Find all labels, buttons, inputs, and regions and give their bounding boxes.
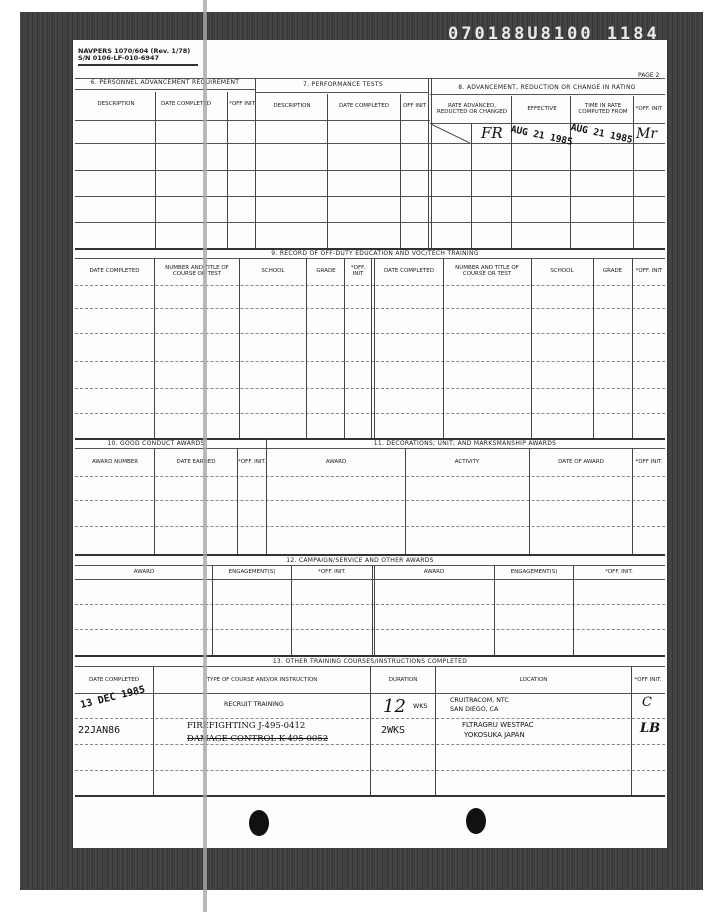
row-line [75,388,665,389]
section-10-title: 10. GOOD CONDUCT AWARDS [76,440,236,447]
row-line [75,333,665,334]
col-line [370,666,371,795]
row-line [75,476,665,477]
col-line [471,124,472,248]
col-line [593,258,594,438]
s12-col-award-2: AWARD [374,566,494,578]
section-divider [75,554,665,556]
firefighting-location-line1: FLTRAGRU WESTPAC [462,721,534,729]
row-line [75,196,665,197]
col-line [153,666,154,795]
row-line [75,604,665,605]
firefighting-date: 22JAN86 [78,725,120,736]
s6-col-init: *OFF INIT [228,92,256,116]
form-identifier: NAVPERS 1070/604 (Rev. 1/78) S/N 0106-LF… [78,48,190,62]
punch-hole [466,808,486,834]
s9-col-init-2: *OFF. INIT [633,260,665,282]
s9-col-init: *OFF. INIT [345,260,371,282]
recruit-training-duration-number: 12 [383,696,406,717]
punch-hole [249,810,269,836]
col-line [529,448,530,554]
col-line [154,448,155,554]
col-line [212,565,213,655]
col-line [632,448,633,554]
s11-col-award: AWARD [268,450,404,474]
s12-col-award: AWARD [76,566,212,578]
col-line [511,96,512,248]
col-line [371,258,372,438]
col-line [405,448,406,554]
section-divider [75,795,665,797]
section-11-title: 11. DECORATIONS; UNIT; AND MARKSMANSHIP … [340,440,590,447]
divider [78,64,198,66]
s9-col-grade-2: GRADE [593,260,632,282]
col-line [494,565,495,655]
col-line [374,565,375,655]
col-line [431,78,432,248]
col-line [155,92,156,248]
s11-col-init: *OFF INIT. [633,450,665,474]
row-line [75,170,665,171]
col-line [531,258,532,438]
col-line [227,92,228,248]
s10-col-date-earned: DATE EARNED [155,450,237,474]
divider [256,92,428,93]
s13-col-duration: DURATION [371,668,435,692]
row-line [75,629,665,630]
s6-col-description: DESCRIPTION [76,92,156,116]
col-line [400,94,401,248]
section-8-title: 8. ADVANCEMENT, REDUCTION OR CHANGE IN R… [430,84,664,91]
col-line [255,78,256,248]
col-line [570,96,571,248]
col-line [344,258,345,438]
s8-col-rate: RATE ADVANCED, REDUCTED OR CHANGED [432,96,512,122]
s8-col-time-in-rate: TIME IN RATE COMPUTED FROM [572,96,634,122]
col-line [443,258,444,438]
col-line [632,258,633,438]
col-line [633,96,634,248]
s9-col-school: SCHOOL [240,260,306,282]
col-line [372,565,373,655]
col-line [306,258,307,438]
divider [430,94,665,95]
row-line [75,222,665,223]
recruit-training-location-line2: SAN DIEGO, CA [450,706,498,713]
s9-col-course: NUMBER AND TITLE OF COURSE OR TEST [155,260,239,282]
col-line [327,94,328,248]
section-7-title: 7. PERFORMANCE TESTS [258,81,428,88]
s12-col-engagements-2: ENGAGEMENT(S) [495,566,573,578]
s7-col-date: DATE COMPLETED [327,94,401,118]
s9-col-course-2: NUMBER AND TITLE OF COURSE OR TEST [443,260,531,282]
row-line [75,579,665,580]
s10-col-init: *OFF. INIT. [238,450,266,474]
row-line [75,500,665,501]
s7-col-description: DESCRIPTION [257,94,327,118]
section-9-title: 9. RECORD OF OFF-DUTY EDUCATION AND VOC/… [245,250,505,257]
col-line [239,258,240,438]
col-line [573,565,574,655]
firefighting-location-line2: YOKOSUKA JAPAN [464,731,525,739]
s9-col-school-2: SCHOOL [531,260,593,282]
row-line [75,413,665,414]
recruit-training-course: RECRUIT TRAINING [224,701,284,708]
scan-artifact-line [203,0,207,912]
col-line [435,666,436,795]
s11-col-activity: ACTIVITY [405,450,529,474]
s7-col-init: OFF INIT [401,94,428,118]
recruit-training-duration-unit: WKS [413,703,427,710]
s9-col-date: DATE COMPLETED [76,260,153,282]
s12-col-init: *OFF. INIT. [292,566,372,578]
row-line [75,308,665,309]
col-line [428,78,429,248]
col-line [154,258,155,438]
stock-number: S/N 0106-LF-010-6947 [78,55,190,62]
s12-col-init-2: *OFF. INIT. [574,566,664,578]
firefighting-duration: 2WKS [381,725,405,736]
off-init-signature: Mr [636,126,657,142]
col-line [237,448,238,554]
s13-col-course: TYPE OF COURSE AND/OR INSTRUCTION [154,668,370,692]
damage-control-course: DAMAGE CONTROL K-495-0052 [187,734,328,744]
section-6-title: 6. PERSONNEL ADVANCEMENT REQUIREMENT [76,79,254,86]
s9-col-grade: GRADE [307,260,345,282]
s11-col-date-of-award: DATE OF AWARD [530,450,632,474]
col-line [631,666,632,795]
section-12-title: 12. CAMPAIGN/SERVICE AND OTHER AWARDS [250,557,470,564]
s12-col-engagements: ENGAGEMENT(S) [213,566,291,578]
col-line [266,438,267,554]
row-line [75,361,665,362]
row-line [75,120,430,121]
s13-col-init: *OFF INIT. [632,668,664,692]
s8-col-init: *OFF. INIT [634,96,664,122]
row-line [75,143,665,144]
row-line [75,526,665,527]
s10-col-award-number: AWARD NUMBER [76,450,154,474]
col-line [374,258,375,438]
rate-initials: FR [481,124,503,142]
section-13-title: 13. OTHER TRAINING COURSES/INSTRUCTIONS … [255,658,485,665]
section-divider [75,655,665,657]
s13-col-location: LOCATION [436,668,631,692]
divider [75,89,255,90]
row-line [75,285,665,286]
firefighting-off-init: LB [640,721,660,736]
col-line [291,565,292,655]
recruit-training-location-line1: CRUITRACOM, NTC [450,697,509,704]
divider [75,448,665,449]
row-line [430,123,665,124]
s8-col-effective: EFFECTIVE [512,96,572,122]
s9-col-date-2: DATE COMPLETED [375,260,443,282]
recruit-training-off-init: C [642,695,652,710]
s6-col-date: DATE COMPLETED [156,92,216,116]
divider [75,258,665,259]
